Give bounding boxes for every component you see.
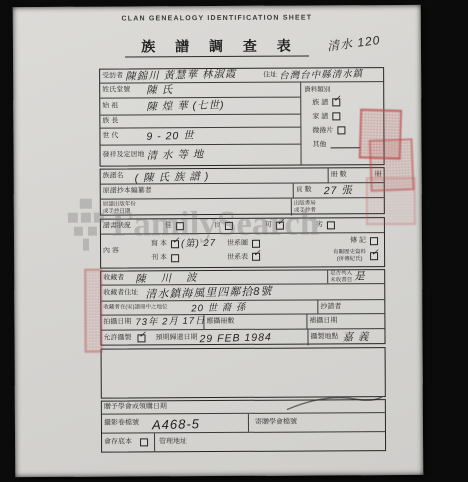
checkbox-microfilm: [337, 126, 345, 134]
material-type-panel: 資料類別 族 譜 ✓ 家 譜 微捲片 其他: [301, 82, 383, 165]
row-master-copy: 會存底本 管理地址: [102, 432, 385, 451]
admin-address-label: 管理地址: [155, 437, 385, 446]
row-interviewee: 受訪者 陳錦川 黃慧華 林淑霞 住址 台灣台中縣清水鎮: [100, 68, 383, 83]
row-contents: 內 容 寫 本 ✓ (第) 27 刊 本: [101, 233, 384, 267]
checkbox-lineage-chart: [252, 239, 260, 247]
material-option-label: 其他: [312, 139, 326, 149]
option-label: 世系表: [225, 253, 250, 260]
holder-position-value: 20 世 裔 孫: [191, 301, 317, 314]
first-ancestor-label: 始 祖: [100, 103, 146, 111]
material-option-other: 其他: [304, 139, 380, 149]
holder-address-label: 收藏者住址: [101, 289, 145, 297]
volume-unit-label: 冊: [373, 171, 384, 178]
return-date-label: 預期歸還日期: [153, 334, 199, 342]
film-number-label: 攝影卷檔號: [102, 420, 152, 428]
row-film-number: 攝影卷檔號 A468-5 寄贈學會檔號: [102, 413, 385, 433]
checkbox-condition-excellent: [176, 222, 184, 230]
volumes-label: 應攝冊數: [204, 318, 306, 326]
genealogy-form: 受訪者 陳錦川 黃慧華 林淑霞 住址 台灣台中縣清水鎮 姓氏堂號 陳 氏 始 祖…: [99, 5, 384, 6]
address-value: 台灣台中縣清水鎮: [279, 69, 383, 81]
checkmark-icon: ✓: [371, 247, 379, 258]
material-option-microfilm: 微捲片: [304, 125, 380, 135]
condition-option-good: 良: [212, 222, 233, 230]
listed-line2: 未收書目: [330, 277, 352, 283]
publish-year-line1: 原譜出版年份: [103, 202, 136, 208]
checkbox-condition-poor: [327, 221, 335, 229]
other-blank-line: [330, 140, 360, 148]
row-generations: 世 代 9 - 20 世: [100, 128, 300, 146]
row-permission: 允許攝製 ✓ 預期歸還日期 29 FEB 1984 攝製地點 嘉 義: [101, 329, 384, 346]
page-count-label: 頁 數: [294, 187, 324, 195]
checkbox-condition-good: [225, 222, 233, 230]
genealogy-name-value: ( 陳 氏 族 譜 ): [135, 168, 328, 184]
page-count-value: 27 張: [324, 184, 384, 196]
address-label: 住址: [261, 72, 279, 79]
compiler-label: 原譜抄本編纂者: [101, 187, 293, 195]
row-holder-address: 收藏者住址 清水鎮海風里四鄰拾8號: [101, 284, 384, 301]
checkbox-condition-fair: ✓: [276, 222, 284, 230]
film-date-value: 73年 2月 17日: [135, 317, 203, 328]
generations-value: 9 - 20 世: [146, 130, 195, 142]
publisher-label: 出版書局 或手抄者: [292, 200, 384, 213]
row-holder: 收藏者 陳 川 波 是否列入 未收書目 是: [101, 270, 384, 285]
surname-hall-value: 陳 氏: [146, 85, 173, 96]
content-option-historical-material: 有關歷史資料 (併傳紀氏) ✓: [291, 249, 384, 262]
return-date-value: 29 FEB 1984: [199, 331, 307, 344]
generations-label: 世 代: [100, 133, 146, 141]
block-condition-contents: 譜書狀況 佳 良 可 ✓ 劣 內 容: [100, 217, 385, 268]
listed-value: 是: [354, 271, 384, 282]
content-option-printed: 刊 本: [149, 254, 225, 262]
listed-label: 是否列入 未收書目: [328, 270, 354, 283]
holder-address-value: 清水鎮海風里四鄰拾8號: [145, 284, 384, 301]
condition-label: 譜書狀況: [101, 223, 149, 231]
refilm-date-label: 補攝日期: [307, 317, 384, 325]
scanned-document-page: CLAN GENEALOGY IDENTIFICATION SHEET 族 譜 …: [13, 5, 423, 477]
block-holder-filming: 收藏者 陳 川 波 是否列入 未收書目 是 收藏者住址 清水鎮海風里四鄰拾8號 …: [100, 269, 385, 345]
block-genealogy-title: 族譜名 ( 陳 氏 族 譜 ) 冊 數 冊 原譜抄本編纂者 頁 數 27 張 原…: [100, 167, 385, 215]
row-surname-hall: 姓氏堂號 陳 氏: [100, 83, 300, 99]
historical-material-line1: 有關歷史資料: [333, 249, 366, 255]
checkmark-icon: ✓: [333, 93, 341, 104]
material-option-label: 族 譜: [312, 97, 328, 107]
checkbox-permission: ✓: [137, 334, 145, 342]
contents-col-2: 世系圖 世系表 ✓: [225, 234, 291, 267]
row-clan-head: 族 長: [100, 115, 300, 129]
checkmark-icon: ✓: [277, 218, 285, 228]
option-label: 可: [263, 222, 274, 229]
genealogy-name-label: 族譜名: [101, 173, 135, 181]
holder-value: 陳 川 波: [135, 270, 327, 285]
society-number-label: 寄贈學會檔號: [249, 418, 385, 426]
block1-fields: 姓氏堂號 陳 氏 始 祖 陳 煌 華 (七世) 族 長 世 代 9 - 20 世: [100, 83, 301, 167]
origin-place-value: 清 水 等 地: [146, 149, 204, 161]
row-publish-year: 原譜出版年份 或手抄日期 出版書局 或手抄者: [101, 198, 384, 216]
checkbox-master-copy: [140, 438, 148, 446]
publish-year-label: 原譜出版年份 或手抄日期: [101, 201, 291, 215]
publisher-line1: 出版書局: [294, 201, 316, 207]
screenshot-root: { "colors":{"background":"#0b0b0b","pape…: [0, 0, 468, 482]
checkmark-icon: ✓: [253, 248, 261, 259]
film-date-label: 拍攝日期: [101, 319, 135, 327]
checkbox-lineage-table: ✓: [252, 253, 260, 261]
checkbox-family-genealogy: [332, 112, 340, 120]
row-holder-position: 收藏者在(家)譜冊中之地位 20 世 裔 孫 抄譜者: [101, 300, 384, 315]
block-interviewee-info: 受訪者 陳錦川 黃慧華 林淑霞 住址 台灣台中縣清水鎮 姓氏堂號 陳 氏 始 祖…: [99, 67, 385, 166]
checkbox-clan-genealogy: ✓: [332, 98, 340, 106]
row-genealogy-name: 族譜名 ( 陳 氏 族 譜 ) 冊 數 冊: [101, 168, 384, 184]
interviewee-value: 陳錦川 黃慧華 林淑霞: [125, 69, 261, 83]
pen-scribble: [285, 391, 385, 414]
publisher-line2: 或手抄者: [294, 207, 316, 213]
row-film-date: 拍攝日期 73年 2月 17日 應攝冊數 補攝日期: [101, 314, 384, 330]
option-label: 傳 記: [348, 238, 368, 245]
content-option-manuscript: 寫 本 ✓ (第) 27: [149, 239, 225, 249]
content-option-biographies: 傳 記: [291, 237, 384, 245]
contents-col-3: 傳 記 有關歷史資料 (併傳紀氏) ✓: [291, 233, 384, 266]
checkmark-icon: ✓: [138, 329, 146, 340]
material-option-family-genealogy: 家 譜: [304, 111, 380, 121]
option-label: 刊 本: [149, 254, 169, 261]
holder-position-label: 收藏者在(家)譜冊中之地位: [101, 304, 191, 311]
condition-option-excellent: 佳: [163, 222, 184, 230]
row-first-ancestor: 始 祖 陳 煌 華 (七世): [100, 98, 300, 116]
checkbox-printed: [171, 254, 179, 262]
row-origin-place: 發祥及定居地 清 水 等 地: [100, 145, 300, 166]
clan-head-label: 族 長: [100, 118, 146, 126]
english-header: CLAN GENEALOGY IDENTIFICATION SHEET: [13, 14, 421, 23]
block1-body: 姓氏堂號 陳 氏 始 祖 陳 煌 華 (七世) 族 長 世 代 9 - 20 世: [100, 82, 383, 166]
checkbox-biographies: [370, 237, 378, 245]
contents-col-1: 寫 本 ✓ (第) 27 刊 本: [149, 234, 225, 267]
material-option-clan-genealogy: 族 譜 ✓: [304, 97, 380, 107]
surname-hall-label: 姓氏堂號: [100, 87, 146, 95]
holder-label: 收藏者: [101, 274, 135, 282]
row-condition: 譜書狀況 佳 良 可 ✓ 劣: [101, 218, 384, 234]
film-place-value: 嘉 義: [342, 331, 384, 343]
film-place-label: 攝製地點: [308, 334, 342, 342]
condition-option-fair: 可 ✓: [263, 222, 284, 230]
copyist-label: 抄譜者: [318, 303, 384, 311]
permission-label: 允許攝製: [101, 335, 137, 343]
row-compiler: 原譜抄本編纂者 頁 數 27 張: [101, 183, 384, 199]
donation-date-label: 贈予學會或領購日期: [102, 404, 169, 412]
historical-material-line2: (併傳紀氏): [337, 256, 363, 262]
checkbox-historical-material: ✓: [370, 252, 378, 260]
master-copy-label: 會存底本: [102, 439, 140, 447]
contents-label: 內 容: [101, 234, 149, 267]
origin-place-label: 發祥及定居地: [101, 152, 147, 160]
checkmark-icon: ✓: [172, 235, 180, 246]
content-option-lineage-chart: 世系圖: [225, 239, 291, 247]
first-ancestor-value: 陳 煌 華 (七世): [146, 100, 224, 113]
listed-line1: 是否列入: [330, 270, 352, 276]
publish-year-line2: 或手抄日期: [103, 208, 131, 214]
historical-material-label: 有關歷史資料 (併傳紀氏): [331, 249, 368, 262]
material-option-label: 家 譜: [312, 111, 328, 121]
checkbox-manuscript: ✓: [171, 240, 179, 248]
content-option-lineage-table: 世系表 ✓: [225, 253, 291, 261]
condition-option-poor: 劣: [314, 221, 335, 229]
option-label: 寫 本: [149, 240, 169, 247]
interviewee-label: 受訪者: [100, 72, 125, 79]
option-label: 劣: [314, 222, 325, 229]
film-number-value: A468-5: [152, 415, 248, 431]
contents-grid: 寫 本 ✓ (第) 27 刊 本 世系圖: [149, 233, 384, 267]
option-label: 良: [212, 222, 223, 229]
material-type-header: 資料類別: [304, 84, 380, 93]
manuscript-note: (第) 27: [181, 239, 216, 249]
option-label: 世系圖: [225, 240, 250, 247]
material-option-label: 微捲片: [312, 125, 333, 135]
volume-count-label: 冊 數: [329, 172, 373, 180]
option-label: 佳: [163, 223, 174, 230]
